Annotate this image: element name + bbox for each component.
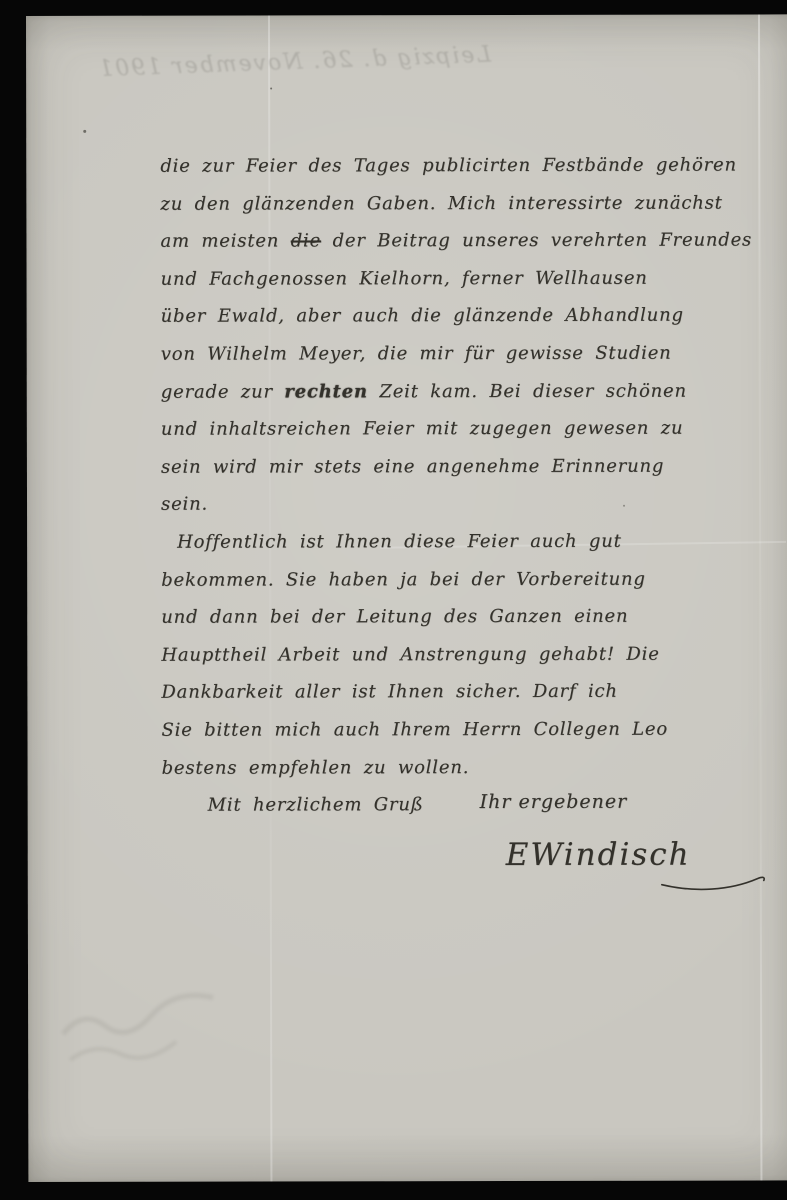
closing-salutation: Mit herzlichem Gruß	[208, 785, 748, 824]
letter-line: Haupttheil Arbeit und Anstrengung gehabt…	[161, 635, 747, 674]
paper-speck	[83, 130, 86, 133]
letter-line: Hoffentlich ist Ihnen diese Feier auch g…	[161, 522, 747, 561]
paper-speck	[623, 505, 625, 507]
letter-line: bestens empfehlen zu wollen.	[162, 748, 748, 787]
letter-line: die zur Feier des Tages publicirten Fest…	[160, 146, 746, 185]
letter-line: und Fachgenossen Kielhorn, ferner Wellha…	[161, 259, 747, 298]
closing-block: Mit herzlichem Gruß	[162, 785, 748, 824]
letter-line: sein wird mir stets eine angenehme Erinn…	[161, 447, 747, 486]
letter-paragraph: die zur Feier des Tages publicirten Fest…	[160, 146, 747, 523]
letter-line: über Ewald, aber auch die glänzende Abha…	[161, 297, 747, 336]
letter-line: zu den glänzenden Gaben. Mich interessir…	[160, 184, 746, 223]
valediction: Ihr ergebener	[480, 791, 628, 813]
ink-showthrough-date-ghost: Leipzig d. 26. November 1901	[111, 42, 492, 81]
letter-line: am meisten die der Beitrag unseres vereh…	[160, 222, 746, 261]
letter-line: sein.	[161, 485, 747, 524]
letter-paragraph: Hoffentlich ist Ihnen diese Feier auch g…	[161, 522, 748, 786]
letter-line: von Wilhelm Meyer, die mir für gewisse S…	[161, 334, 747, 373]
ink-showthrough-faint-strokes	[58, 974, 228, 1069]
signature: EWindisch	[506, 837, 691, 873]
paper-speck	[270, 87, 272, 89]
scanned-letter-photo: Leipzig d. 26. November 1901 die zur Fei…	[0, 0, 787, 1200]
struck-word: die	[291, 231, 321, 252]
letter-line: und inhaltsreichen Feier mit zugegen gew…	[161, 410, 747, 449]
signature-flourish	[660, 868, 770, 896]
letter-line: Dankbarkeit aller ist Ihnen sicher. Darf…	[161, 673, 747, 712]
letter-line: Sie bitten mich auch Ihrem Herrn College…	[161, 710, 747, 749]
letter-line: bekommen. Sie haben ja bei der Vorbereit…	[161, 560, 747, 599]
fold-crease-vertical-right	[758, 14, 762, 1180]
letter-page: Leipzig d. 26. November 1901 die zur Fei…	[26, 14, 787, 1182]
overwritten-word: rechten	[284, 381, 367, 402]
letter-line: gerade zur rechten Zeit kam. Bei dieser …	[161, 372, 747, 411]
letter-paragraphs: die zur Feier des Tages publicirten Fest…	[160, 146, 747, 786]
letter-line: und dann bei der Leitung des Ganzen eine…	[161, 598, 747, 637]
